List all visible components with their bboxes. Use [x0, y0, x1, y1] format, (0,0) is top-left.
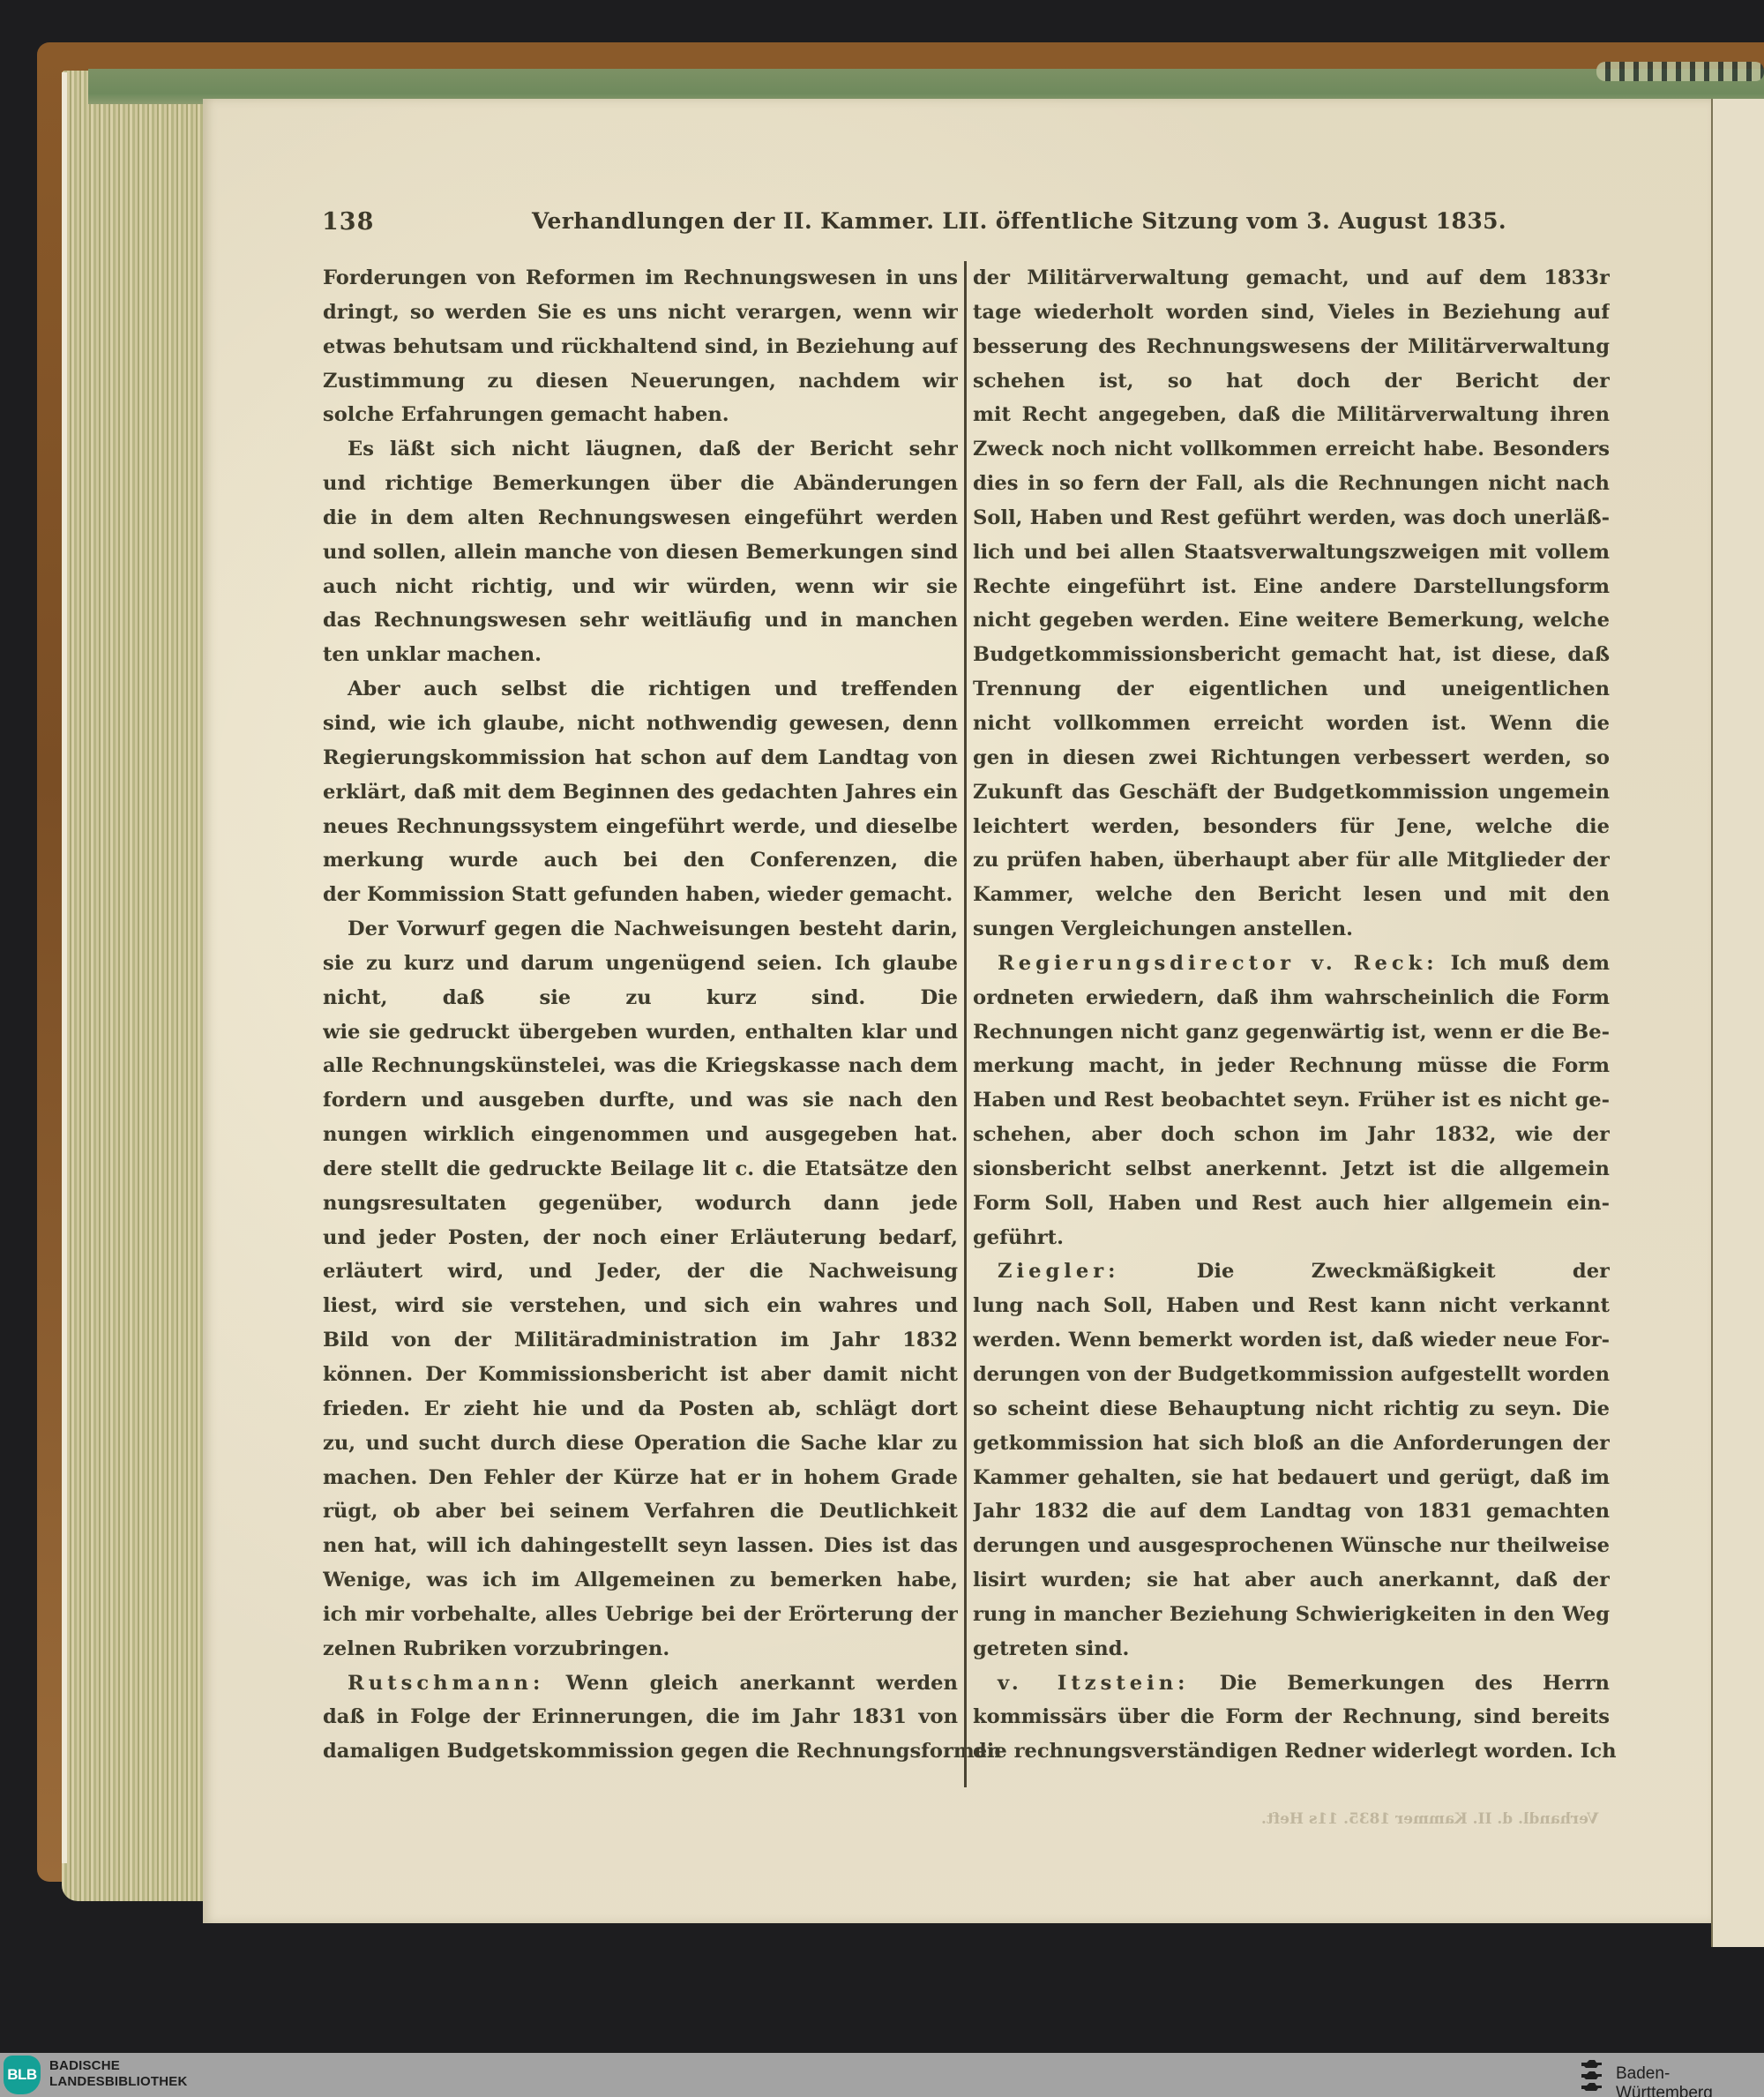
paragraph: Rutschmann: Wenn gleich anerkannt werden…: [323, 1666, 958, 1770]
text-line: der Kommission Statt gefunden haben, wie…: [323, 878, 958, 912]
text-line: Trennung der eigentlichen und uneigentli…: [973, 672, 1610, 707]
text-line: und sollen, allein manche von diesen Bem…: [323, 535, 958, 570]
text-line: rügt, ob aber bei seinem Verfahren die D…: [323, 1494, 958, 1529]
paragraph: Ziegler: Die Zweckmäßigkeit der Rechnung…: [973, 1254, 1610, 1666]
text-line: sionsbericht selbst anerkennt. Jetzt ist…: [973, 1152, 1610, 1187]
text-line: und richtige Bemerkungen über die Abände…: [323, 467, 958, 501]
text-line: ich mir vorbehalte, alles Uebrige bei de…: [323, 1598, 958, 1632]
text-line: merkung macht, in jeder Rechnung müsse d…: [973, 1049, 1610, 1083]
text-line: tage wiederholt worden sind, Vieles in B…: [973, 296, 1610, 330]
text-line: daß in Folge der Erinnerungen, die im Ja…: [323, 1700, 958, 1734]
text-line: nungsresultaten gegenüber, wodurch dann …: [323, 1187, 958, 1221]
running-head: 138 Verhandlungen der II. Kammer. LII. ö…: [322, 208, 1394, 243]
speaker-name: Rutschmann:: [348, 1672, 544, 1695]
text-line: nen hat, will ich dahingestellt seyn las…: [323, 1529, 958, 1563]
text-line: leichtert werden, besonders für Jene, we…: [973, 810, 1610, 844]
text-line: ordneten erwiedern, daß ihm wahrscheinli…: [973, 981, 1610, 1015]
text-line: sind, wie ich glaube, nicht nothwendig g…: [323, 707, 958, 741]
text-line: getreten sind.: [973, 1632, 1610, 1666]
blb-library-name[interactable]: BADISCHE LANDESBIBLIOTHEK: [49, 2058, 188, 2090]
text-line: Kammer gehalten, sie hat bedauert und ge…: [973, 1461, 1610, 1495]
text-line: Regierungskommission hat schon auf dem L…: [323, 741, 958, 775]
text-line: Kammer, welche den Bericht lesen und mit…: [973, 878, 1610, 912]
text-line: alle Rechnungskünstelei, was die Kriegsk…: [323, 1049, 958, 1083]
text-line: merkung wurde auch bei den Conferenzen, …: [323, 843, 958, 878]
speaker-name: v. Itzstein:: [998, 1672, 1190, 1695]
headband: [1596, 62, 1764, 81]
endpaper-edge: [62, 72, 67, 1863]
text-line: derungen von der Budgetkommission aufges…: [973, 1358, 1610, 1392]
text-line: lisirt wurden; sie hat aber auch anerkan…: [973, 1563, 1610, 1598]
blb-name-line2: LANDESBIBLIOTHEK: [49, 2074, 188, 2090]
text-line: können. Der Kommissionsbericht ist aber …: [323, 1358, 958, 1392]
blb-name-line1: BADISCHE: [49, 2058, 188, 2074]
text-line: Wenige, was ich im Allgemeinen zu bemerk…: [323, 1563, 958, 1598]
facing-page-edge: [1711, 99, 1764, 1947]
text-line: damaligen Budgetskommission gegen die Re…: [323, 1734, 958, 1769]
page-number: 138: [322, 208, 374, 236]
text-line: nicht gegeben werden. Eine weitere Bemer…: [973, 603, 1610, 638]
text-line: ten unklar machen.: [323, 638, 958, 672]
text-line: sie zu kurz und darum ungenügend seien. …: [323, 947, 958, 981]
text-line: Regierungsdirector v. Reck: Ich muß dem …: [973, 947, 1610, 981]
speaker-name: Ziegler:: [998, 1260, 1119, 1283]
text-line: Der Vorwurf gegen die Nachweisungen best…: [323, 912, 958, 947]
text-line: nicht vollkommen erreicht worden ist. We…: [973, 707, 1610, 741]
text-line: die rechnungsverständigen Redner widerle…: [973, 1734, 1610, 1769]
text-line: Aber auch selbst die richtigen und treff…: [323, 672, 958, 707]
text-line: mit Recht angegeben, daß die Militärverw…: [973, 398, 1610, 432]
text-line: sungen Vergleichungen anstellen.: [973, 912, 1610, 947]
paragraph: Regierungsdirector v. Reck: Ich muß dem …: [973, 947, 1610, 1255]
text-line: Zustimmung zu diesen Neuerungen, nachdem…: [323, 364, 958, 399]
text-line: neues Rechnungssystem eingeführt werde, …: [323, 810, 958, 844]
text-line: dringt, so werden Sie es uns nicht verar…: [323, 296, 958, 330]
text-line: erklärt, daß mit dem Beginnen des gedach…: [323, 775, 958, 810]
text-line: geführt.: [973, 1221, 1610, 1255]
coat-of-arms-lions-icon: [1579, 2057, 1605, 2094]
running-title: Verhandlungen der II. Kammer. LII. öffen…: [532, 208, 1506, 234]
text-line: frieden. Er zieht hie und da Posten ab, …: [323, 1392, 958, 1427]
text-line: nungen wirklich eingenommen und ausgegeb…: [323, 1118, 958, 1152]
text-line: Rechte eingeführt ist. Eine andere Darst…: [973, 570, 1610, 604]
text-line: die in dem alten Rechnungswesen eingefüh…: [323, 501, 958, 535]
text-line: das Rechnungswesen sehr weitläufig und i…: [323, 603, 958, 638]
baden-wuerttemberg-label[interactable]: Baden-Württemberg: [1616, 2064, 1764, 2097]
text-line: solche Erfahrungen gemacht haben.: [323, 398, 958, 432]
text-line: Ziegler: Die Zweckmäßigkeit der Rechnung…: [973, 1254, 1610, 1289]
text-line: der Militärverwaltung gemacht, und auf d…: [973, 261, 1610, 296]
text-line: zelnen Rubriken vorzubringen.: [323, 1632, 958, 1666]
text-line: v. Itzstein: Die Bemerkungen des Herrn R…: [973, 1666, 1610, 1701]
paragraph: v. Itzstein: Die Bemerkungen des Herrn R…: [973, 1666, 1610, 1770]
text-line: schehen ist, so hat doch der Bericht der…: [973, 364, 1610, 399]
text-line: Jahr 1832 die auf dem Landtag von 1831 g…: [973, 1494, 1610, 1529]
text-line: Zweck noch nicht vollkommen erreicht hab…: [973, 432, 1610, 467]
text-line: machen. Den Fehler der Kürze hat er in h…: [323, 1461, 958, 1495]
text-line: derungen und ausgesprochenen Wünsche nur…: [973, 1529, 1610, 1563]
text-line: Budgetkommissionsbericht gemacht hat, is…: [973, 638, 1610, 672]
text-line: lich und bei allen Staatsverwaltungszwei…: [973, 535, 1610, 570]
text-line: Haben und Rest beobachtet seyn. Früher i…: [973, 1083, 1610, 1118]
text-line: kommissärs über die Form der Rechnung, s…: [973, 1700, 1610, 1734]
text-line: rung in mancher Beziehung Schwierigkeite…: [973, 1598, 1610, 1632]
text-line: Zukunft das Geschäft der Budgetkommissio…: [973, 775, 1610, 810]
text-line: Rechnungen nicht ganz gegenwärtig ist, w…: [973, 1015, 1610, 1050]
column-rule: [964, 261, 967, 1787]
paragraph: Es läßt sich nicht läugnen, daß der Beri…: [323, 432, 958, 672]
text-line: Rutschmann: Wenn gleich anerkannt werden…: [323, 1666, 958, 1701]
text-line: dere stellt die gedruckte Beilage lit c.…: [323, 1152, 958, 1187]
text-line: so scheint diese Behauptung nicht richti…: [973, 1392, 1610, 1427]
text-line: schehen, aber doch schon im Jahr 1832, w…: [973, 1118, 1610, 1152]
paragraph: Der Vorwurf gegen die Nachweisungen best…: [323, 912, 958, 1666]
text-line: gen in diesen zwei Richtungen verbessert…: [973, 741, 1610, 775]
text-line: Soll, Haben und Rest geführt werden, was…: [973, 501, 1610, 535]
text-line: Form Soll, Haben und Rest auch hier allg…: [973, 1187, 1610, 1221]
text-line: besserung des Rechnungswesens der Militä…: [973, 330, 1610, 364]
text-line: und jeder Posten, der noch einer Erläute…: [323, 1221, 958, 1255]
text-line: liest, wird sie verstehen, und sich ein …: [323, 1289, 958, 1323]
text-column-left: Forderungen von Reformen im Rechnungswes…: [323, 261, 958, 1769]
footer-bar: BLB BADISCHE LANDESBIBLIOTHEK Baden-Würt…: [0, 2053, 1764, 2097]
text-line: zu prüfen haben, überhaupt aber für alle…: [973, 843, 1610, 878]
text-line: lung nach Soll, Haben und Rest kann nich…: [973, 1289, 1610, 1323]
speaker-name: Regierungsdirector v. Reck:: [998, 952, 1439, 975]
text-line: zu, und sucht durch diese Operation die …: [323, 1427, 958, 1461]
text-line: nicht, daß sie zu kurz sind. Die Rechnun…: [323, 981, 958, 1015]
text-line: dies in so fern der Fall, als die Rechnu…: [973, 467, 1610, 501]
paragraph: der Militärverwaltung gemacht, und auf d…: [973, 261, 1610, 947]
text-line: etwas behutsam und rückhaltend sind, in …: [323, 330, 958, 364]
text-line: wie sie gedruckt übergeben wurden, entha…: [323, 1015, 958, 1050]
text-line: Forderungen von Reformen im Rechnungswes…: [323, 261, 958, 296]
text-line: getkommission hat sich bloß an die Anfor…: [973, 1427, 1610, 1461]
paragraph: Forderungen von Reformen im Rechnungswes…: [323, 261, 958, 432]
text-line: fordern und ausgeben durfte, und was sie…: [323, 1083, 958, 1118]
text-line: werden. Wenn bemerkt worden ist, daß wie…: [973, 1323, 1610, 1358]
text-line: Bild von der Militäradministration im Ja…: [323, 1323, 958, 1358]
page-block-edge: [62, 71, 203, 1901]
text-line: auch nicht richtig, und wir würden, wenn…: [323, 570, 958, 604]
paragraph: Aber auch selbst die richtigen und treff…: [323, 672, 958, 912]
blb-logo-badge[interactable]: BLB: [4, 2056, 41, 2094]
text-line: Es läßt sich nicht läugnen, daß der Beri…: [323, 432, 958, 467]
bleed-through-text: Verhandl. d. II. Kammer 1835. 11s Heft.: [1261, 1810, 1599, 1828]
text-column-right: der Militärverwaltung gemacht, und auf d…: [973, 261, 1610, 1769]
text-line: erläutert wird, und Jeder, der die Nachw…: [323, 1254, 958, 1289]
